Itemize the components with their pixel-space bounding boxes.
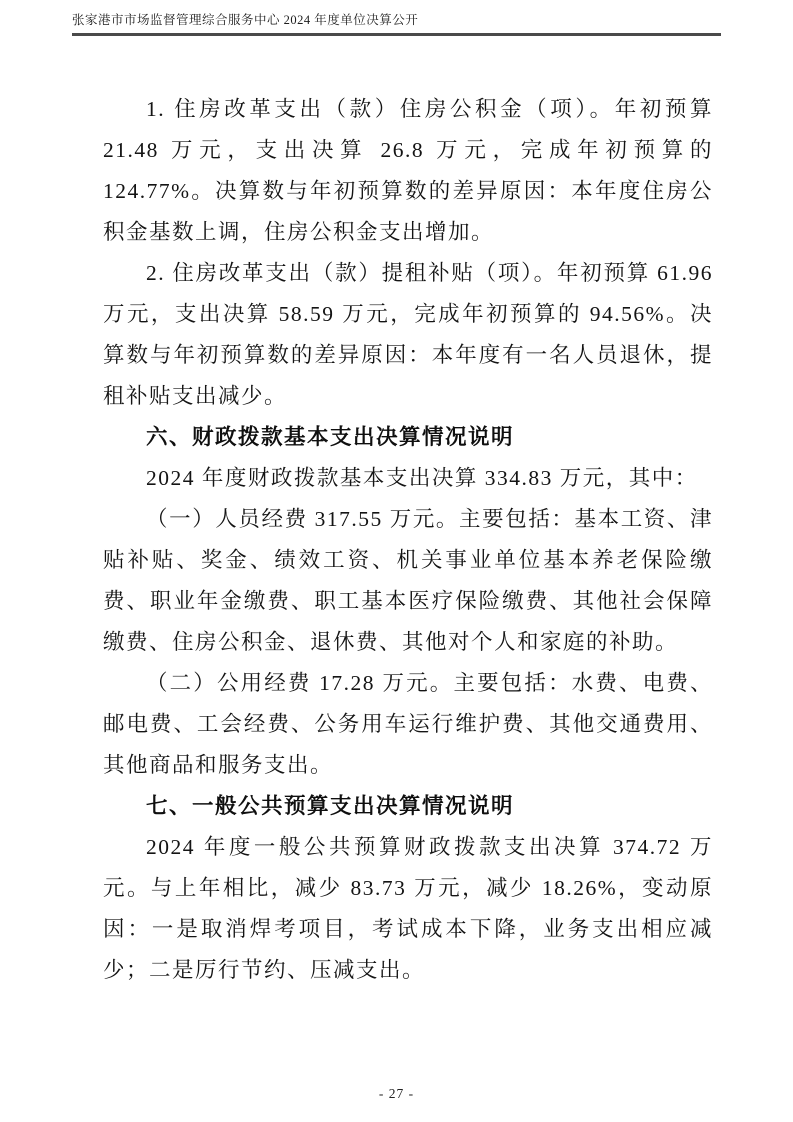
paragraph-rent-subsidy: 2. 住房改革支出（款）提租补贴（项）。年初预算 61.96 万元，支出决算 5… bbox=[103, 253, 713, 417]
header-title: 张家港市市场监督管理综合服务中心 2024 年度单位决算公开 bbox=[72, 10, 721, 33]
page-header: 张家港市市场监督管理综合服务中心 2024 年度单位决算公开 bbox=[72, 10, 721, 36]
section-heading-six: 六、财政拨款基本支出决算情况说明 bbox=[103, 417, 713, 458]
document-page: 张家港市市场监督管理综合服务中心 2024 年度单位决算公开 1. 住房改革支出… bbox=[0, 0, 793, 1122]
header-rule bbox=[72, 33, 721, 36]
paragraph-general-budget-expenditure: 2024 年度一般公共预算财政拨款支出决算 374.72 万元。与上年相比，减少… bbox=[103, 827, 713, 991]
paragraph-basic-expenditure-total: 2024 年度财政拨款基本支出决算 334.83 万元，其中： bbox=[103, 458, 713, 499]
section-heading-seven: 七、一般公共预算支出决算情况说明 bbox=[103, 786, 713, 827]
page-number: - 27 - bbox=[0, 1086, 793, 1102]
document-body: 1. 住房改革支出（款）住房公积金（项）。年初预算 21.48 万元，支出决算 … bbox=[103, 89, 713, 991]
paragraph-housing-fund: 1. 住房改革支出（款）住房公积金（项）。年初预算 21.48 万元，支出决算 … bbox=[103, 89, 713, 253]
paragraph-personnel-funds: （一）人员经费 317.55 万元。主要包括：基本工资、津贴补贴、奖金、绩效工资… bbox=[103, 499, 713, 663]
paragraph-public-funds: （二）公用经费 17.28 万元。主要包括：水费、电费、邮电费、工会经费、公务用… bbox=[103, 663, 713, 786]
